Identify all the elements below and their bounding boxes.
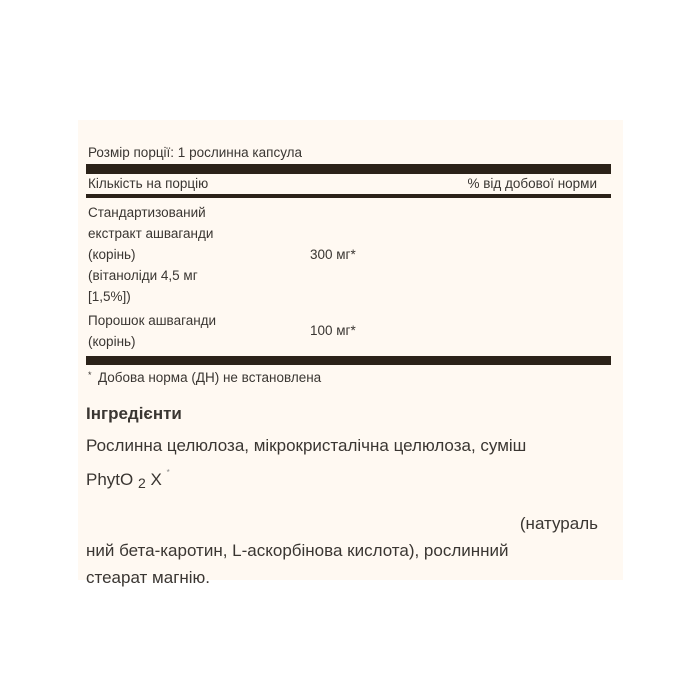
ingredients-line: стеарат магнію. [86,564,616,591]
ingredients-line: ний бета-каротин, L-аскорбінова кислота)… [86,537,616,564]
ingredient-name-line: Порошок ашваганди [88,310,258,331]
amount-per-serving-header: Кількість на порцію [88,174,208,194]
table-row: Порошок ашваганди (корінь) 100 мг* [86,310,611,356]
table-header: Кількість на порцію % від добової норми [86,174,611,194]
ingredient-name-line: (вітаноліди 4,5 мг [88,265,258,286]
ingredient-amount: 300 мг* [310,244,356,265]
ingredient-name-line: Стандартизований [88,202,258,223]
supplement-facts-table: Розмір порції: 1 рослинна капсула Кількі… [86,144,611,387]
ingredient-name-line: (корінь) [88,244,258,265]
ingredients-title: Інгредієнти [86,402,616,426]
daily-value-header: % від добової норми [467,174,597,194]
ingredient-name-line: [1,5%]) [88,286,258,307]
divider-thick [86,164,611,174]
phyto2x-prefix: PhytO [86,470,133,489]
ingredient-name: Порошок ашваганди (корінь) [86,310,258,352]
spacer [86,497,616,510]
phyto2x-subscript: 2 [138,475,146,491]
ingredient-amount: 100 мг* [310,320,356,341]
ingredient-name-line: екстракт ашваганди [88,223,258,244]
trademark-marker: * [167,468,170,477]
ingredients-section: Інгредієнти Рослинна целюлоза, мікрокрис… [86,402,616,591]
serving-size: Розмір порції: 1 рослинна капсула [86,144,611,164]
footnote-marker: * [88,366,92,384]
ingredients-line: Рослинна целюлоза, мікрокристалічна целю… [86,432,616,459]
ingredient-name: Стандартизований екстракт ашваганди (кор… [86,202,258,307]
divider-bottom [86,356,611,365]
ingredients-line: PhytO 2 X * [86,459,616,497]
table-row: Стандартизований екстракт ашваганди (кор… [86,198,611,310]
footnote: * Добова норма (ДН) не встановлена [86,365,611,387]
phyto2x-suffix: X [151,470,162,489]
ingredient-name-line: (корінь) [88,331,258,352]
footnote-text: Добова норма (ДН) не встановлена [98,370,321,385]
ingredients-line: (натураль [86,510,616,537]
